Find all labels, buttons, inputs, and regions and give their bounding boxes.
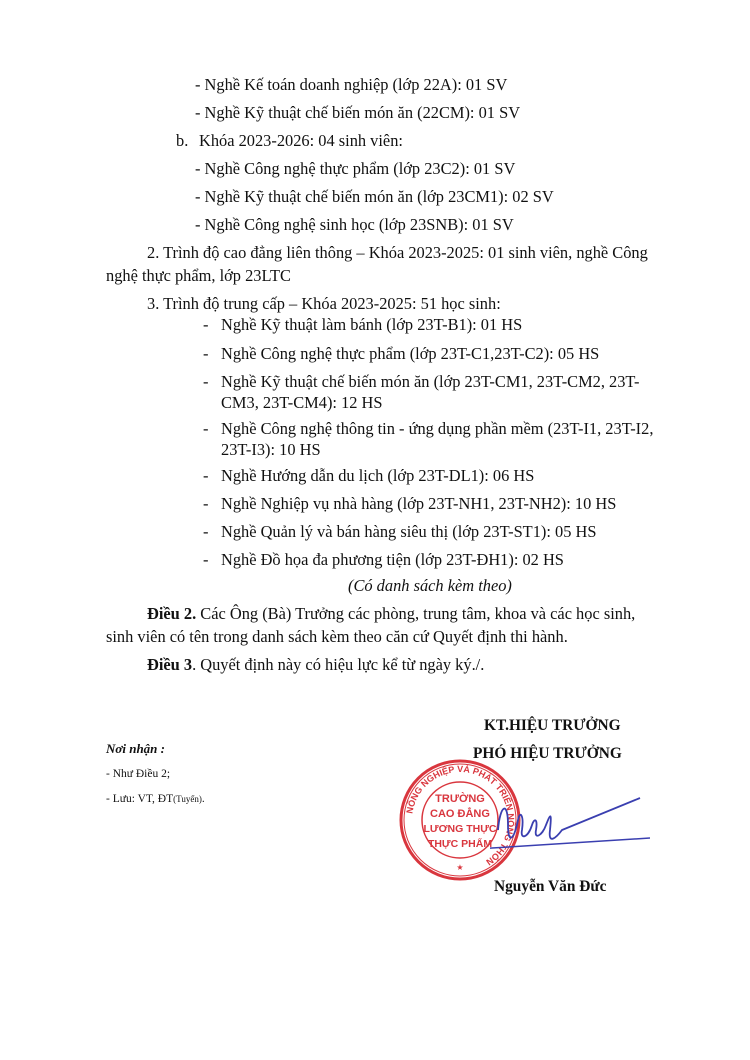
section-heading: 3. Trình độ trung cấp – Khóa 2023-2025: … [147,294,501,314]
bullet-dash: - [203,494,208,514]
list-item: - Nghề Công nghệ thực phẩm (lớp 23C2): 0… [195,159,515,179]
recipient-item: - Lưu: VT, ĐT(Tuyển). [106,793,205,805]
list-item: CM3, 23T-CM4): 12 HS [221,393,383,413]
article-2-line1: Điều 2. Các Ông (Bà) Trưởng các phòng, t… [147,604,635,624]
list-item: Nghề Quản lý và bán hàng siêu thị (lớp 2… [221,522,596,542]
bullet-dash: - [203,522,208,542]
section-marker: b. [176,131,188,151]
attachment-note: (Có danh sách kèm theo) [348,576,512,596]
article-text: . Quyết định này có hiệu lực kể từ ngày … [192,655,484,674]
svg-text:TRƯỜNG: TRƯỜNG [435,792,485,805]
signer-name: Nguyễn Văn Đức [494,878,606,896]
list-item: Nghề Công nghệ thực phẩm (lớp 23T-C1,23T… [221,344,599,364]
bullet-dash: - [203,419,208,439]
bullet-dash: - [203,344,208,364]
bullet-dash: - [203,550,208,570]
svg-text:THỰC PHẨM: THỰC PHẨM [428,837,492,850]
list-item: 23T-I3): 10 HS [221,440,321,460]
signature-icon [490,790,650,860]
section-heading: Khóa 2023-2026: 04 sinh viên: [199,131,403,151]
article-text: Các Ông (Bà) Trưởng các phòng, trung tâm… [196,604,635,623]
bullet-dash: - [203,466,208,486]
list-item: Nghề Đồ họa đa phương tiện (lớp 23T-ĐH1)… [221,550,564,570]
paragraph-line: 2. Trình độ cao đẳng liên thông – Khóa 2… [147,243,648,263]
article-2-line2: sinh viên có tên trong danh sách kèm the… [106,627,568,647]
list-item: Nghề Nghiệp vụ nhà hàng (lớp 23T-NH1, 23… [221,494,616,514]
list-item: - Nghề Công nghệ sinh học (lớp 23SNB): 0… [195,215,514,235]
recipients-title: Nơi nhận : [106,741,165,757]
list-item: - Nghề Kỹ thuật chế biến món ăn (22CM): … [195,103,520,123]
list-item: Nghề Kỹ thuật chế biến món ăn (lớp 23T-C… [221,372,639,392]
svg-text:LƯƠNG THỰC: LƯƠNG THỰC [423,823,496,835]
signature-title: KT.HIỆU TRƯỞNG [484,717,621,735]
recipient-item: - Như Điều 2; [106,768,170,780]
article-3: Điều 3. Quyết định này có hiệu lực kể từ… [147,655,484,675]
list-item: - Nghề Kế toán doanh nghiệp (lớp 22A): 0… [195,75,507,95]
article-label: Điều 3 [147,655,192,674]
list-item: - Nghề Kỹ thuật chế biến món ăn (lớp 23C… [195,187,554,207]
paragraph-line: nghệ thực phẩm, lớp 23LTC [106,266,291,286]
list-item: Nghề Hướng dẫn du lịch (lớp 23T-DL1): 06… [221,466,534,486]
list-item: Nghề Công nghệ thông tin - ứng dụng phần… [221,419,653,439]
bullet-dash: - [203,315,208,335]
list-item: Nghề Kỹ thuật làm bánh (lớp 23T-B1): 01 … [221,315,522,335]
svg-text:CAO ĐẲNG: CAO ĐẲNG [430,807,490,820]
article-label: Điều 2. [147,604,196,623]
svg-text:★: ★ [456,863,463,872]
bullet-dash: - [203,372,208,392]
